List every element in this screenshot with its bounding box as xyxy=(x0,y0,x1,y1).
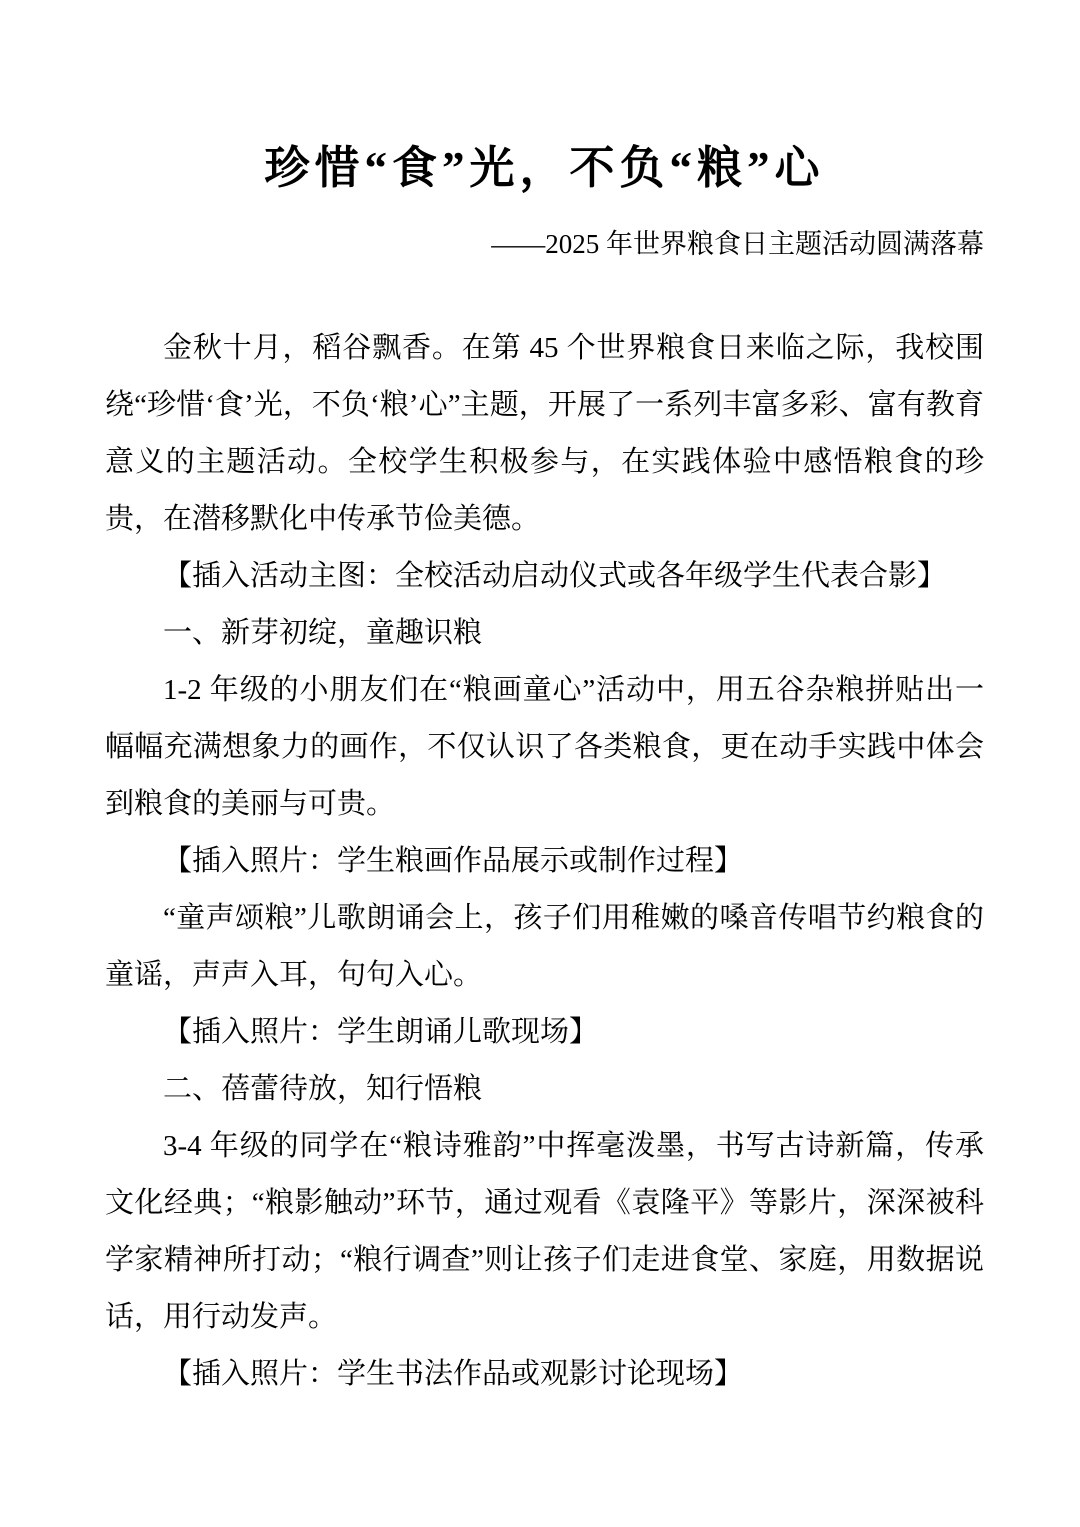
paragraph-nursery-rhyme: “童声颂粮”儿歌朗诵会上，孩子们用稚嫩的嗓音传唱节约粮食的童谣，声声入耳，句句入… xyxy=(105,890,984,1004)
section-heading-1: 一、新芽初绽，童趣识粮 xyxy=(105,605,984,662)
paragraph-grade-3-4: 3-4 年级的同学在“粮诗雅韵”中挥毫泼墨，书写古诗新篇，传承文化经典；“粮影触… xyxy=(105,1118,984,1346)
section-heading-2: 二、蓓蕾待放，知行悟粮 xyxy=(105,1061,984,1118)
document-body: 金秋十月，稻谷飘香。在第 45 个世界粮食日来临之际，我校围绕“珍惜‘食’光，不… xyxy=(105,320,984,1403)
photo-placeholder-recital: 【插入照片：学生朗诵儿歌现场】 xyxy=(105,1004,984,1061)
photo-placeholder-grain-art: 【插入照片：学生粮画作品展示或制作过程】 xyxy=(105,833,984,890)
photo-placeholder-calligraphy: 【插入照片：学生书法作品或观影讨论现场】 xyxy=(105,1346,984,1403)
paragraph-intro: 金秋十月，稻谷飘香。在第 45 个世界粮食日来临之际，我校围绕“珍惜‘食’光，不… xyxy=(105,320,984,548)
document-title: 珍惜“食”光，不负“粮”心 xyxy=(105,138,984,198)
document-subtitle: ——2025 年世界粮食日主题活动圆满落幕 xyxy=(105,224,984,264)
paragraph-grade-1-2: 1-2 年级的小朋友们在“粮画童心”活动中，用五谷杂粮拼贴出一幅幅充满想象力的画… xyxy=(105,662,984,833)
photo-placeholder-main: 【插入活动主图：全校活动启动仪式或各年级学生代表合影】 xyxy=(105,548,984,605)
document-page: 珍惜“食”光，不负“粮”心 ——2025 年世界粮食日主题活动圆满落幕 金秋十月… xyxy=(0,0,1080,1527)
